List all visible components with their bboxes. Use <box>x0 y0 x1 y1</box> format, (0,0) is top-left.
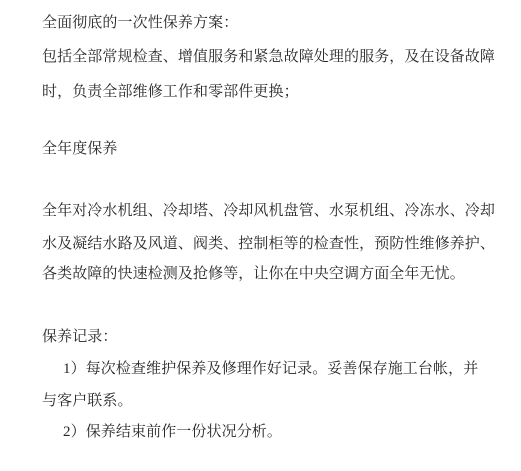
body-line: 包括全部常规检查、增值服务和紧急故障处理的服务，及在设备故障 <box>42 47 495 67</box>
body-line: 时，负责全部维修工作和零部件更换； <box>42 82 299 102</box>
body-line: 水及凝结水路及风道、阀类、控制柜等的检查性，预防性维修养护、 <box>42 234 495 254</box>
body-line: 全年对冷水机组、冷却塔、冷却风机盘管、水泵机组、冷冻水、冷却 <box>42 201 495 221</box>
document-page: 全面彻底的一次性保养方案： 包括全部常规检查、增值服务和紧急故障处理的服务，及在… <box>0 0 521 471</box>
list-item-line: 与客户联系。 <box>42 391 133 411</box>
heading-line: 全面彻底的一次性保养方案： <box>42 13 238 33</box>
list-item-line: 2）保养结束前作一份状况分析。 <box>63 422 282 442</box>
heading-line: 保养记录： <box>42 327 118 347</box>
list-item-line: 1）每次检查维护保养及修理作好记录。妥善保存施工台帐，并 <box>63 359 478 379</box>
body-line: 各类故障的快速检测及抢修等，让你在中央空调方面全年无忧。 <box>42 264 465 284</box>
heading-line: 全年度保养 <box>42 139 118 159</box>
